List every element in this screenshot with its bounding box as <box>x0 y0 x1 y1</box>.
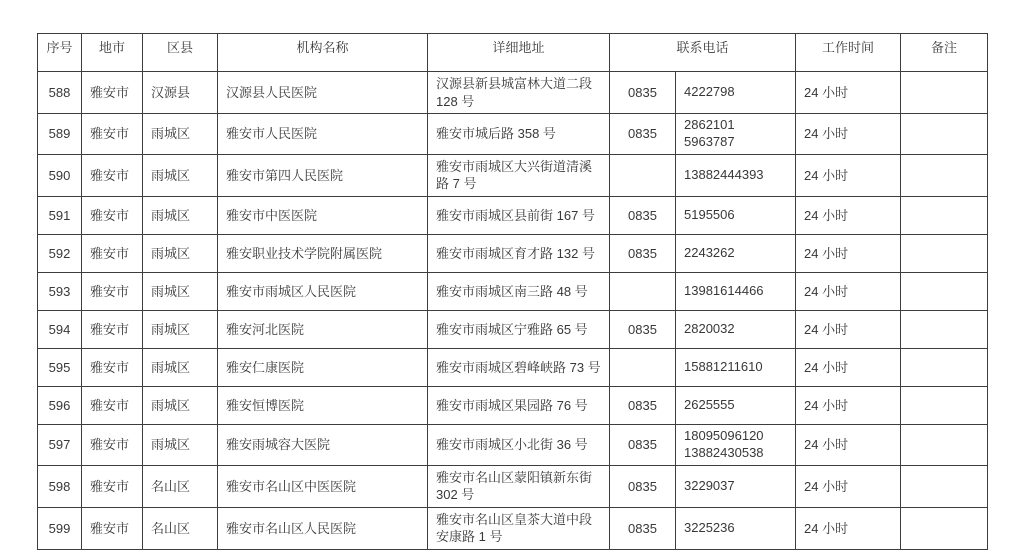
cell-serial: 594 <box>38 310 82 348</box>
table-row: 591 雅安市 雨城区 雅安市中医医院 雅安市雨城区县前街 167 号 0835… <box>38 196 988 234</box>
cell-remark <box>901 72 988 114</box>
cell-address: 雅安市名山区蒙阳镇新东街 302 号 <box>428 465 610 507</box>
cell-address: 雅安市雨城区南三路 48 号 <box>428 272 610 310</box>
cell-district: 名山区 <box>143 465 218 507</box>
header-phone: 联系电话 <box>610 34 796 72</box>
cell-area-code: 0835 <box>610 310 676 348</box>
cell-district: 雨城区 <box>143 386 218 424</box>
cell-institution: 雅安市名山区人民医院 <box>218 507 428 549</box>
cell-serial: 593 <box>38 272 82 310</box>
cell-hours: 24 小时 <box>796 114 901 155</box>
cell-institution: 雅安市人民医院 <box>218 114 428 155</box>
cell-remark <box>901 507 988 549</box>
cell-city: 雅安市 <box>82 154 143 196</box>
cell-hours: 24 小时 <box>796 72 901 114</box>
cell-area-code: 0835 <box>610 507 676 549</box>
cell-district: 雨城区 <box>143 154 218 196</box>
cell-hours: 24 小时 <box>796 272 901 310</box>
cell-area-code: 0835 <box>610 424 676 465</box>
hospital-directory-table: 序号 地市 区县 机构名称 详细地址 联系电话 工作时间 备注 588 雅安市 … <box>37 33 988 550</box>
cell-phone: 2820032 <box>676 310 796 348</box>
cell-phone: 13981614466 <box>676 272 796 310</box>
cell-area-code <box>610 154 676 196</box>
cell-institution: 雅安河北医院 <box>218 310 428 348</box>
table-body: 588 雅安市 汉源县 汉源县人民医院 汉源县新县城富林大道二段 128 号 0… <box>38 72 988 550</box>
table-row: 592 雅安市 雨城区 雅安职业技术学院附属医院 雅安市雨城区育才路 132 号… <box>38 234 988 272</box>
header-institution: 机构名称 <box>218 34 428 72</box>
cell-institution: 雅安市名山区中医医院 <box>218 465 428 507</box>
cell-phone: 3225236 <box>676 507 796 549</box>
cell-area-code <box>610 348 676 386</box>
cell-address: 雅安市雨城区育才路 132 号 <box>428 234 610 272</box>
cell-institution: 雅安市第四人民医院 <box>218 154 428 196</box>
cell-remark <box>901 114 988 155</box>
cell-remark <box>901 272 988 310</box>
table-row: 599 雅安市 名山区 雅安市名山区人民医院 雅安市名山区皇茶大道中段安康路 1… <box>38 507 988 549</box>
cell-district: 雨城区 <box>143 348 218 386</box>
cell-hours: 24 小时 <box>796 465 901 507</box>
cell-serial: 595 <box>38 348 82 386</box>
cell-remark <box>901 154 988 196</box>
cell-hours: 24 小时 <box>796 154 901 196</box>
cell-hours: 24 小时 <box>796 386 901 424</box>
cell-institution: 雅安仁康医院 <box>218 348 428 386</box>
table-header: 序号 地市 区县 机构名称 详细地址 联系电话 工作时间 备注 <box>38 34 988 72</box>
cell-institution: 雅安市雨城区人民医院 <box>218 272 428 310</box>
cell-phone: 5195506 <box>676 196 796 234</box>
cell-address: 雅安市雨城区县前街 167 号 <box>428 196 610 234</box>
cell-area-code: 0835 <box>610 386 676 424</box>
cell-hours: 24 小时 <box>796 424 901 465</box>
cell-phone: 18095096120 13882430538 <box>676 424 796 465</box>
cell-hours: 24 小时 <box>796 310 901 348</box>
cell-remark <box>901 310 988 348</box>
cell-address: 雅安市雨城区碧峰峡路 73 号 <box>428 348 610 386</box>
cell-remark <box>901 386 988 424</box>
cell-phone: 2625555 <box>676 386 796 424</box>
cell-city: 雅安市 <box>82 348 143 386</box>
cell-serial: 597 <box>38 424 82 465</box>
table-header-row: 序号 地市 区县 机构名称 详细地址 联系电话 工作时间 备注 <box>38 34 988 72</box>
cell-phone: 2243262 <box>676 234 796 272</box>
document-page: 序号 地市 区县 机构名称 详细地址 联系电话 工作时间 备注 588 雅安市 … <box>0 0 1024 558</box>
cell-city: 雅安市 <box>82 234 143 272</box>
cell-serial: 589 <box>38 114 82 155</box>
cell-district: 名山区 <box>143 507 218 549</box>
cell-serial: 598 <box>38 465 82 507</box>
cell-city: 雅安市 <box>82 507 143 549</box>
table-row: 590 雅安市 雨城区 雅安市第四人民医院 雅安市雨城区大兴街道清溪路 7 号 … <box>38 154 988 196</box>
cell-address: 雅安市名山区皇茶大道中段安康路 1 号 <box>428 507 610 549</box>
cell-remark <box>901 424 988 465</box>
header-address: 详细地址 <box>428 34 610 72</box>
cell-area-code: 0835 <box>610 196 676 234</box>
cell-institution: 雅安雨城容大医院 <box>218 424 428 465</box>
cell-city: 雅安市 <box>82 310 143 348</box>
cell-area-code <box>610 272 676 310</box>
cell-area-code: 0835 <box>610 72 676 114</box>
cell-district: 汉源县 <box>143 72 218 114</box>
cell-remark <box>901 465 988 507</box>
cell-hours: 24 小时 <box>796 196 901 234</box>
cell-serial: 588 <box>38 72 82 114</box>
cell-serial: 591 <box>38 196 82 234</box>
cell-city: 雅安市 <box>82 114 143 155</box>
cell-hours: 24 小时 <box>796 234 901 272</box>
cell-district: 雨城区 <box>143 234 218 272</box>
header-remark: 备注 <box>901 34 988 72</box>
cell-city: 雅安市 <box>82 465 143 507</box>
cell-serial: 596 <box>38 386 82 424</box>
cell-serial: 599 <box>38 507 82 549</box>
cell-area-code: 0835 <box>610 234 676 272</box>
cell-phone: 3229037 <box>676 465 796 507</box>
cell-serial: 590 <box>38 154 82 196</box>
cell-remark <box>901 234 988 272</box>
table-row: 595 雅安市 雨城区 雅安仁康医院 雅安市雨城区碧峰峡路 73 号 15881… <box>38 348 988 386</box>
cell-address: 雅安市雨城区小北街 36 号 <box>428 424 610 465</box>
cell-city: 雅安市 <box>82 196 143 234</box>
cell-institution: 雅安恒博医院 <box>218 386 428 424</box>
cell-district: 雨城区 <box>143 424 218 465</box>
table-row: 593 雅安市 雨城区 雅安市雨城区人民医院 雅安市雨城区南三路 48 号 13… <box>38 272 988 310</box>
table-row: 589 雅安市 雨城区 雅安市人民医院 雅安市城后路 358 号 0835 28… <box>38 114 988 155</box>
cell-address: 汉源县新县城富林大道二段 128 号 <box>428 72 610 114</box>
table-row: 596 雅安市 雨城区 雅安恒博医院 雅安市雨城区果园路 76 号 0835 2… <box>38 386 988 424</box>
header-city: 地市 <box>82 34 143 72</box>
cell-district: 雨城区 <box>143 272 218 310</box>
cell-phone: 13882444393 <box>676 154 796 196</box>
cell-district: 雨城区 <box>143 114 218 155</box>
cell-phone: 15881211610 <box>676 348 796 386</box>
cell-address: 雅安市雨城区宁雅路 65 号 <box>428 310 610 348</box>
cell-institution: 汉源县人民医院 <box>218 72 428 114</box>
cell-city: 雅安市 <box>82 424 143 465</box>
cell-institution: 雅安市中医医院 <box>218 196 428 234</box>
cell-district: 雨城区 <box>143 310 218 348</box>
table-row: 594 雅安市 雨城区 雅安河北医院 雅安市雨城区宁雅路 65 号 0835 2… <box>38 310 988 348</box>
cell-area-code: 0835 <box>610 465 676 507</box>
header-district: 区县 <box>143 34 218 72</box>
cell-remark <box>901 196 988 234</box>
cell-remark <box>901 348 988 386</box>
cell-city: 雅安市 <box>82 272 143 310</box>
table-row: 588 雅安市 汉源县 汉源县人民医院 汉源县新县城富林大道二段 128 号 0… <box>38 72 988 114</box>
cell-hours: 24 小时 <box>796 507 901 549</box>
cell-address: 雅安市城后路 358 号 <box>428 114 610 155</box>
cell-address: 雅安市雨城区果园路 76 号 <box>428 386 610 424</box>
cell-phone: 2862101 5963787 <box>676 114 796 155</box>
cell-city: 雅安市 <box>82 72 143 114</box>
cell-institution: 雅安职业技术学院附属医院 <box>218 234 428 272</box>
cell-phone: 4222798 <box>676 72 796 114</box>
cell-address: 雅安市雨城区大兴街道清溪路 7 号 <box>428 154 610 196</box>
header-serial: 序号 <box>38 34 82 72</box>
table-row: 597 雅安市 雨城区 雅安雨城容大医院 雅安市雨城区小北街 36 号 0835… <box>38 424 988 465</box>
table-row: 598 雅安市 名山区 雅安市名山区中医医院 雅安市名山区蒙阳镇新东街 302 … <box>38 465 988 507</box>
cell-city: 雅安市 <box>82 386 143 424</box>
cell-district: 雨城区 <box>143 196 218 234</box>
cell-serial: 592 <box>38 234 82 272</box>
cell-area-code: 0835 <box>610 114 676 155</box>
cell-hours: 24 小时 <box>796 348 901 386</box>
header-hours: 工作时间 <box>796 34 901 72</box>
